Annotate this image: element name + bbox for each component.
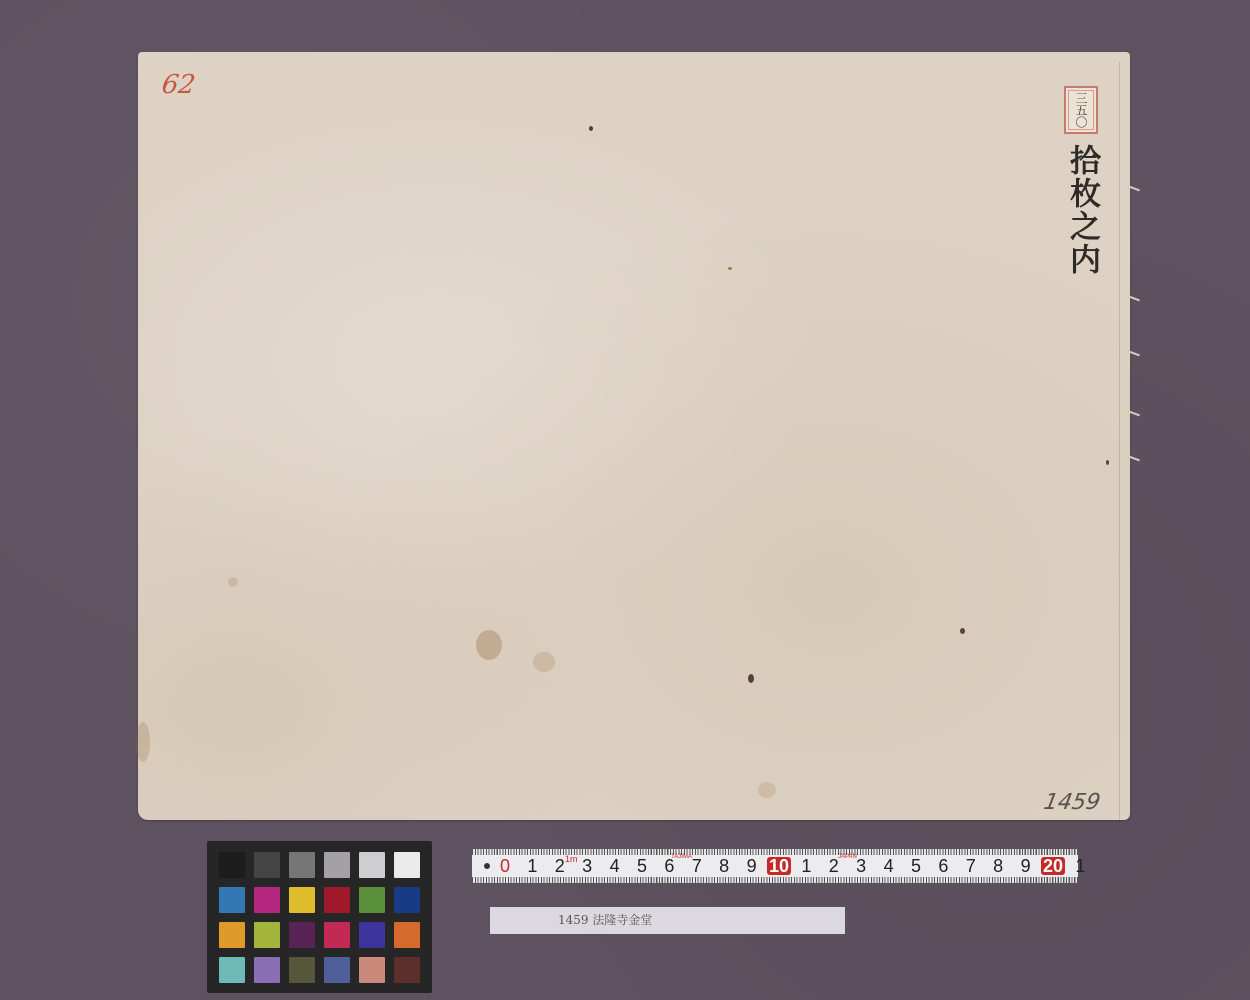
ruler-number: 10 bbox=[767, 857, 791, 875]
ruler-number: 4 bbox=[610, 857, 620, 875]
ruler-number: 5 bbox=[911, 857, 921, 875]
ruler-number: 9 bbox=[747, 857, 757, 875]
stain bbox=[533, 652, 555, 672]
torn-fiber bbox=[1126, 410, 1140, 417]
color-patch bbox=[254, 887, 280, 913]
sheet-fold-edge bbox=[1119, 62, 1120, 820]
color-patch bbox=[394, 922, 420, 948]
color-patch bbox=[219, 957, 245, 983]
color-patch bbox=[394, 852, 420, 878]
inscription: 拾枚之内 bbox=[1060, 144, 1105, 276]
ruler-number: 8 bbox=[993, 857, 1003, 875]
color-patch bbox=[219, 922, 245, 948]
ruler-number: 8 bbox=[719, 857, 729, 875]
catalog-number: 1459 bbox=[1042, 790, 1102, 815]
color-patch bbox=[254, 922, 280, 948]
color-patch bbox=[324, 922, 350, 948]
torn-fiber bbox=[1126, 185, 1140, 192]
color-patch bbox=[289, 922, 315, 948]
ruler-hole bbox=[484, 863, 490, 869]
color-patch bbox=[359, 922, 385, 948]
spot bbox=[728, 267, 732, 270]
color-patch bbox=[254, 957, 280, 983]
ruler-number: 5 bbox=[637, 857, 647, 875]
ruler-number: 7 bbox=[692, 857, 702, 875]
stain bbox=[228, 577, 238, 587]
catalog-label: 1459 法隆寺金堂 bbox=[490, 907, 845, 934]
color-patch bbox=[324, 957, 350, 983]
seal-stamp: 三五〇 bbox=[1064, 86, 1098, 134]
color-patch bbox=[359, 957, 385, 983]
color-patch bbox=[289, 852, 315, 878]
ruler-number: 2 bbox=[555, 857, 565, 875]
color-patch bbox=[394, 887, 420, 913]
color-patch bbox=[359, 852, 385, 878]
ruler-number: 1 bbox=[527, 857, 537, 875]
ruler-number: 20 bbox=[1041, 857, 1065, 875]
ruler-number: 9 bbox=[1021, 857, 1031, 875]
color-patch bbox=[219, 887, 245, 913]
stain bbox=[758, 782, 776, 798]
spot bbox=[1106, 460, 1109, 465]
color-patch bbox=[359, 887, 385, 913]
ruler-number: 0 bbox=[500, 857, 510, 875]
ruler-number: 4 bbox=[884, 857, 894, 875]
ruler-number: 6 bbox=[664, 857, 674, 875]
torn-fiber bbox=[1126, 350, 1140, 357]
measuring-ruler: 1m TAJIMA JAPAN 012345678910123456789201 bbox=[472, 849, 1078, 883]
ruler-number: 1 bbox=[1075, 857, 1085, 875]
document-sheet: 62 三五〇 拾枚之内 1459 bbox=[138, 52, 1130, 820]
torn-fiber bbox=[1126, 455, 1140, 462]
stain bbox=[136, 722, 150, 762]
ruler-number: 1 bbox=[801, 857, 811, 875]
spot bbox=[589, 126, 593, 131]
ruler-number: 2 bbox=[829, 857, 839, 875]
color-patch bbox=[324, 852, 350, 878]
page-number: 62 bbox=[160, 70, 197, 100]
ruler-origin: JAPAN bbox=[838, 854, 857, 860]
ruler-unit-mark: 1m bbox=[565, 854, 578, 864]
spot bbox=[748, 674, 754, 683]
color-patch bbox=[289, 887, 315, 913]
stain bbox=[476, 630, 502, 660]
catalog-label-text: 1459 法隆寺金堂 bbox=[558, 911, 652, 928]
color-patch bbox=[394, 957, 420, 983]
color-patch bbox=[219, 852, 245, 878]
color-checker bbox=[207, 841, 432, 993]
ruler-number: 7 bbox=[966, 857, 976, 875]
ruler-number: 3 bbox=[582, 857, 592, 875]
torn-fiber bbox=[1126, 295, 1140, 302]
ruler-number: 3 bbox=[856, 857, 866, 875]
color-patch bbox=[324, 887, 350, 913]
color-patch bbox=[289, 957, 315, 983]
spot bbox=[960, 628, 965, 634]
color-patch bbox=[254, 852, 280, 878]
ruler-number: 6 bbox=[938, 857, 948, 875]
